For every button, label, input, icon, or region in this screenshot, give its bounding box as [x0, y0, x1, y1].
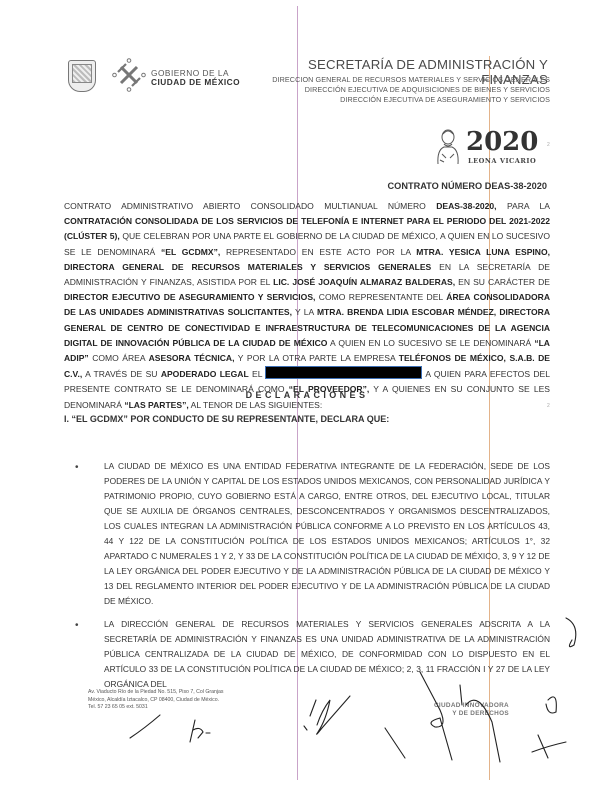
handwritten-signatures — [0, 0, 612, 792]
